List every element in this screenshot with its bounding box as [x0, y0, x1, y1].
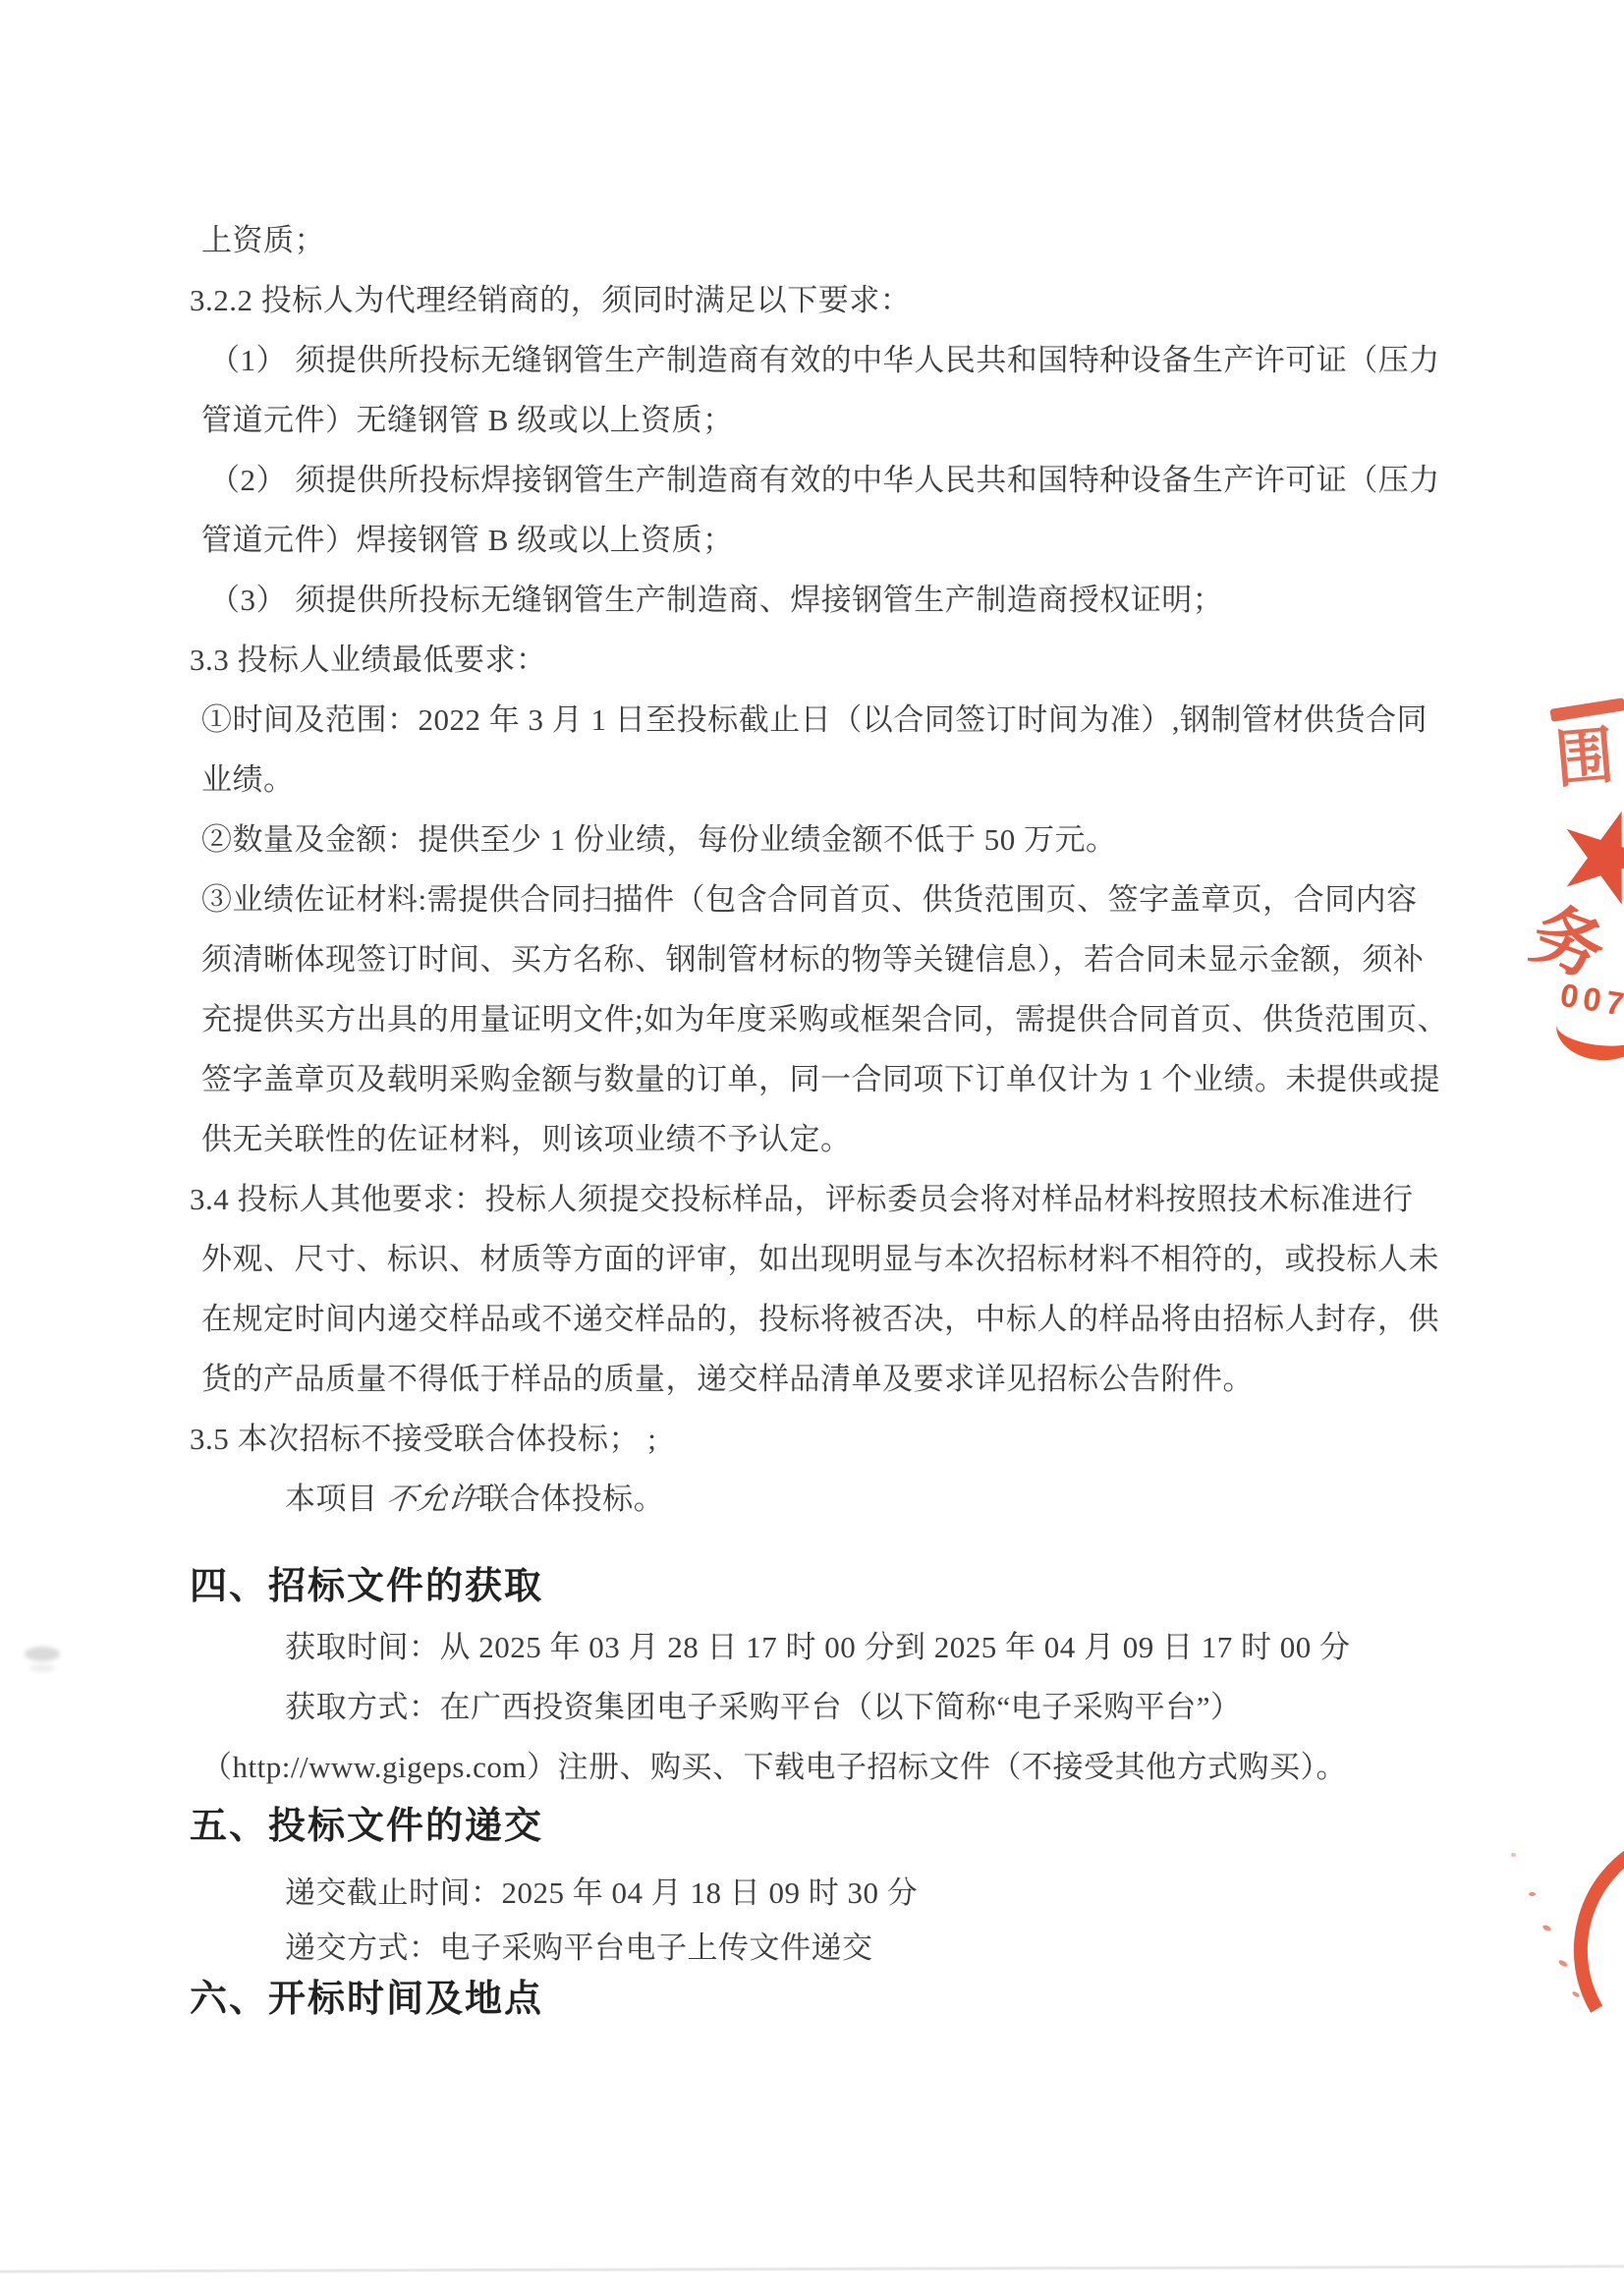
text-line: 上资质；: [201, 210, 1624, 270]
text-line: ③业绩佐证材料:需提供合同扫描件（包含合同首页、供货范围页、签字盖章页，合同内容: [201, 869, 1624, 929]
text-line: （http://www.gigeps.com）注册、购买、下载电子招标文件（不接…: [201, 1737, 1624, 1797]
text-line: 本项目 不允许联合体投标。: [285, 1469, 1624, 1529]
text-line: 递交截止时间：2025 年 04 月 18 日 09 时 30 分: [285, 1863, 1624, 1923]
section-heading: 五、投标文件的递交: [190, 1797, 1624, 1857]
text-line: 签字盖章页及载明采购金额与数量的订单，同一合同项下订单仅计为 1 个业绩。未提供…: [201, 1049, 1624, 1109]
seal-speck: [1529, 1892, 1536, 1896]
text-line: 业绩。: [201, 750, 1624, 810]
text-segment: 本项目: [285, 1482, 386, 1516]
scan-smudge: [29, 1664, 55, 1672]
text-line: 获取方式：在广西投资集团电子采购平台（以下简称“电子采购平台”）: [285, 1677, 1624, 1737]
scan-smudge: [25, 1647, 60, 1661]
text-line: （3） 须提供所投标无缝钢管生产制造商、焊接钢管生产制造商授权证明；: [209, 570, 1624, 630]
text-line: 管道元件）无缝钢管 B 级或以上资质；: [201, 390, 1624, 450]
text-line: ②数量及金额：提供至少 1 份业绩，每份业绩金额不低于 50 万元。: [201, 810, 1624, 869]
document-lines: 上资质；3.2.2 投标人为代理经销商的，须同时满足以下要求：（1） 须提供所投…: [0, 0, 1624, 2025]
text-line: ①时间及范围：2022 年 3 月 1 日至投标截止日（以合同签订时间为准）,钢…: [201, 690, 1624, 750]
text-line: 管道元件）焊接钢管 B 级或以上资质；: [201, 510, 1624, 570]
text-line: 3.2.2 投标人为代理经销商的，须同时满足以下要求：: [190, 270, 1624, 330]
text-line: （1） 须提供所投标无缝钢管生产制造商有效的中华人民共和国特种设备生产许可证（压…: [209, 330, 1624, 390]
text-line: 3.4 投标人其他要求：投标人须提交投标样品，评标委员会将对样品材料按照技术标准…: [190, 1169, 1624, 1229]
seal-speck: [1511, 1853, 1516, 1857]
text-line: 须清晰体现签订时间、买方名称、钢制管材标的物等关键信息），若合同未显示金额，须补: [201, 929, 1624, 989]
text-line: 3.5 本次招标不接受联合体投标； ;: [190, 1409, 1624, 1469]
scan-page-edge-line: [0, 2265, 1624, 2272]
text-line: 递交方式：电子采购平台电子上传文件递交: [285, 1923, 1624, 1974]
text-segment: 联合体投标。: [478, 1482, 664, 1516]
text-line: （2） 须提供所投标焊接钢管生产制造商有效的中华人民共和国特种设备生产许可证（压…: [209, 450, 1624, 510]
text-line: 3.3 投标人业绩最低要求：: [190, 630, 1624, 690]
italic-text: 不允许: [383, 1469, 482, 1529]
section-heading: 四、招标文件的获取: [190, 1557, 1624, 1617]
text-line: 外观、尺寸、标识、材质等方面的评审，如出现明显与本次招标材料不相符的，或投标人未: [201, 1229, 1624, 1289]
section-heading: 六、开标时间及地点: [190, 1974, 1624, 2025]
text-line: 获取时间：从 2025 年 03 月 28 日 17 时 00 分到 2025 …: [285, 1617, 1624, 1677]
document-page: 上资质；3.2.2 投标人为代理经销商的，须同时满足以下要求：（1） 须提供所投…: [0, 0, 1624, 2295]
text-line: 货的产品质量不得低于样品的质量，递交样品清单及要求详见招标公告附件。: [201, 1349, 1624, 1409]
text-line: 在规定时间内递交样品或不递交样品的，投标将被否决，中标人的样品将由招标人封存，供: [201, 1289, 1624, 1349]
text-line: 供无关联性的佐证材料，则该项业绩不予认定。: [201, 1109, 1624, 1169]
text-line: 充提供买方出具的用量证明文件;如为年度采购或框架合同，需提供合同首页、供货范围页…: [201, 989, 1624, 1049]
